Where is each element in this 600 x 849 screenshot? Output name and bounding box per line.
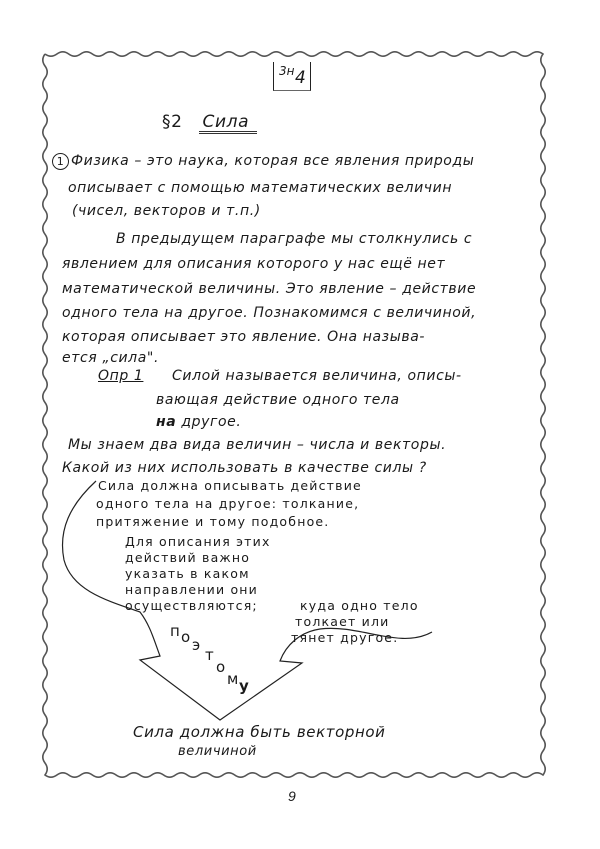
conclusion-line-1: Сила должна быть векторной <box>133 723 386 741</box>
question-line-2: Какой из них использовать в качестве сил… <box>62 460 427 476</box>
para2-line-1: В предыдущем параграфе мы столкнулись с <box>116 231 472 247</box>
callout-right-2: толкает или <box>295 614 390 629</box>
callout-inner-2: действий важно <box>125 550 250 565</box>
arrow-letter-5: о <box>216 658 225 676</box>
page-code-number: 4 <box>295 68 306 88</box>
item1-line-3: (чисел, векторов и т.п.) <box>72 203 261 219</box>
item1-text-1: Физика – это наука, которая все явления … <box>71 153 474 169</box>
arrow-letter-6: м <box>227 670 238 688</box>
callout-inner-3: указать в каком <box>125 566 250 581</box>
page-number: 9 <box>288 788 296 804</box>
arrow-letter-3: э <box>192 636 200 654</box>
page-code-box: 3н 4 <box>273 62 311 91</box>
para2-line-3: математической величины. Это явление – д… <box>62 281 476 297</box>
callout-inner-1: Для описания этих <box>125 534 271 549</box>
para2-line-2: явлением для описания которого у нас ещё… <box>62 256 445 272</box>
para2-line-6: ется „сила". <box>62 350 159 366</box>
notebook-page: 3н 4 §2 Сила 1Физика – это наука, котора… <box>0 0 600 849</box>
definition-line-2: вающая действие одного тела <box>156 392 400 408</box>
definition-line-1: Силой называется величина, описы- <box>172 368 462 384</box>
question-line-1: Мы знаем два вида величин – числа и вект… <box>68 437 446 453</box>
definition-line-3: на другое. <box>156 414 241 430</box>
item1-line-2: описывает с помощью математических велич… <box>68 180 452 196</box>
callout-right-1: куда одно тело <box>300 598 419 613</box>
callout-outer-1: Сила должна описывать действие <box>98 478 362 493</box>
callout-inner-4: направлении они <box>125 582 258 597</box>
callout-right-3: тянет другое. <box>291 630 398 645</box>
item1-line-1: 1Физика – это наука, которая все явления… <box>52 153 474 170</box>
arrow-letter-2: о <box>181 628 190 646</box>
section-heading: §2 Сила <box>162 112 257 134</box>
page-code-letters: 3н <box>279 64 294 78</box>
section-title: Сила <box>199 114 258 134</box>
definition-bold-word: на <box>156 414 176 430</box>
definition-label: Опр 1 <box>98 368 143 384</box>
arrow-letter-1: п <box>170 622 180 640</box>
item-number-circle: 1 <box>52 153 69 170</box>
definition-rest: другое. <box>181 414 241 430</box>
callout-inner-5: осуществляются; <box>125 598 258 613</box>
wavy-page-border <box>0 0 600 849</box>
arrow-letter-4: т <box>205 646 214 664</box>
callout-outer-2: одного тела на другое: толкание, <box>96 496 359 511</box>
arrow-letter-7: у <box>239 677 249 695</box>
conclusion-line-2: величиной <box>178 744 257 759</box>
section-number: §2 <box>162 112 183 132</box>
callout-outer-3: притяжение и тому подобное. <box>96 514 329 529</box>
para2-line-5: которая описывает это явление. Она назыв… <box>62 329 425 345</box>
para2-line-4: одного тела на другое. Познакомимся с ве… <box>62 305 476 321</box>
